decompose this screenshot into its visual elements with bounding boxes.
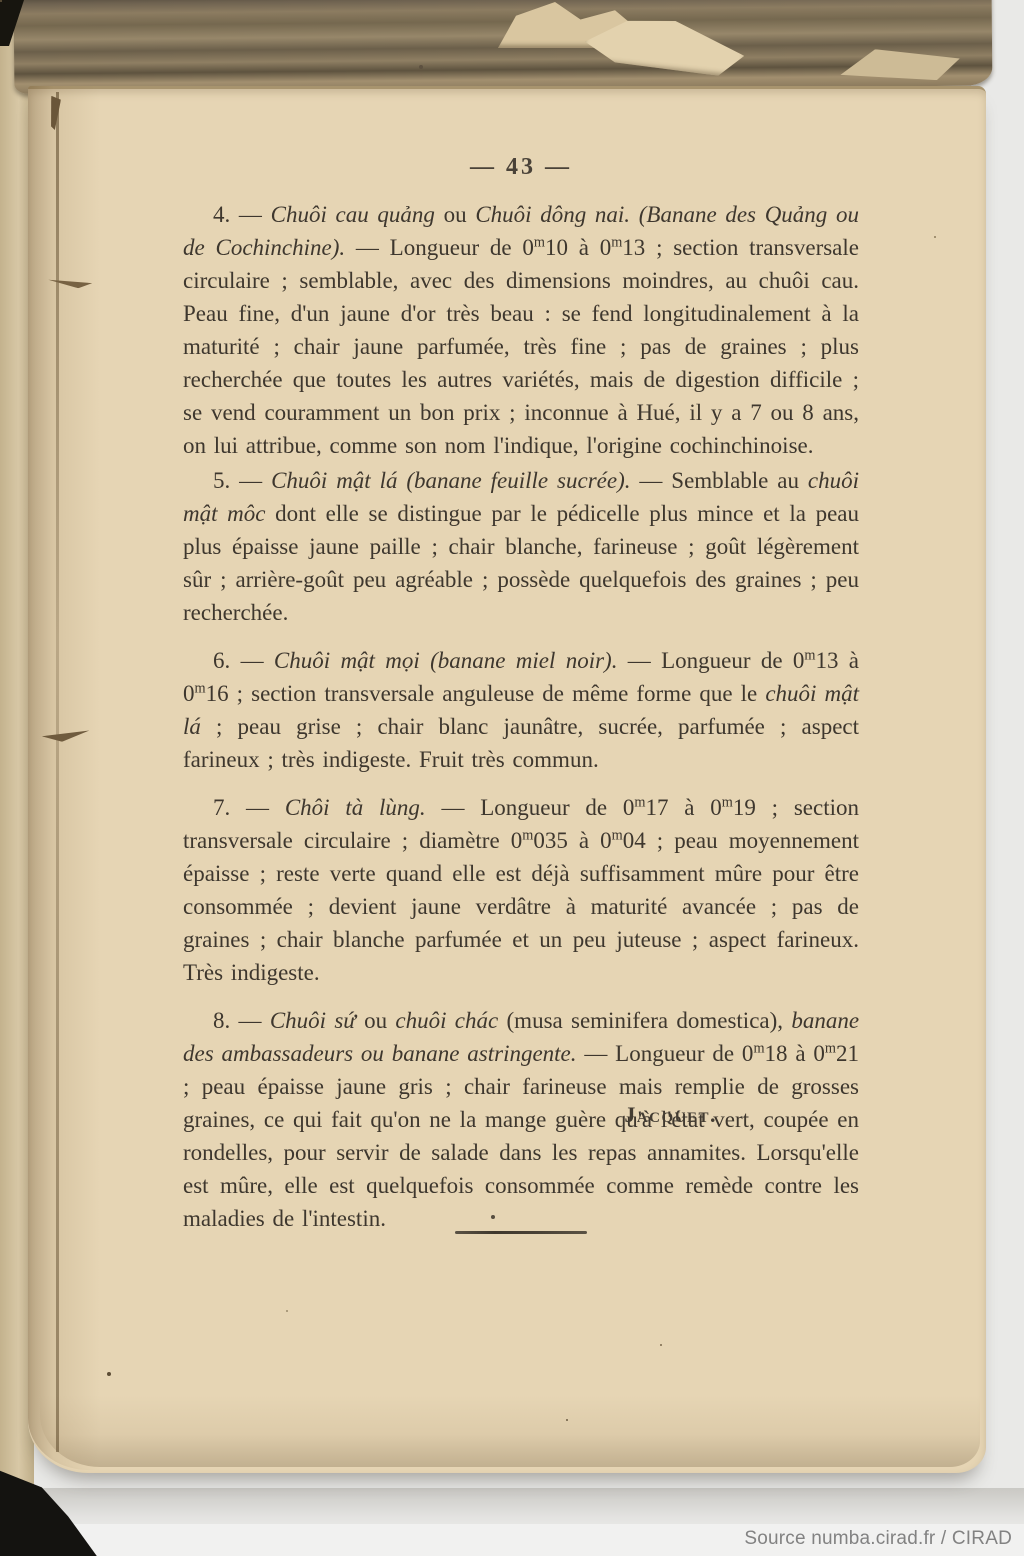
body-text: — Longueur de 0 (617, 648, 804, 673)
body-text: 17 à 0 (646, 795, 722, 820)
body-text: — Longueur de 0 (345, 235, 534, 260)
body-text: dont elle se distingue par le pédicelle … (183, 501, 859, 625)
unit-superscript: m (634, 794, 645, 810)
unit-superscript: m (612, 827, 623, 843)
unit-superscript: m (722, 794, 733, 810)
text-block: 4. — Chuôi cau quảng ou Chuôi dông nai. … (183, 198, 859, 1235)
unit-superscript: m (825, 1040, 836, 1056)
body-text: (musa seminifera domestica), (498, 1008, 791, 1033)
section-end-rule (455, 1231, 587, 1234)
variety-name: Chuôi cau quảng (271, 202, 435, 227)
body-text: — Longueur de 0 (426, 795, 635, 820)
author-signature: Jacquet. (183, 1102, 859, 1128)
paragraph: 4. — Chuôi cau quảng ou Chuôi dông nai. … (183, 198, 859, 462)
body-text: 035 à 0 (533, 828, 611, 853)
unit-superscript: m (753, 1040, 764, 1056)
paragraph: 6. — Chuôi mật mọi (banane miel noir). —… (183, 644, 859, 776)
body-text: 5. — (213, 468, 271, 493)
variety-name: chuôi chác (395, 1008, 498, 1033)
body-text: — Longueur de 0 (577, 1041, 754, 1066)
body-text: ; peau grise ; chair blanc jaunâtre, suc… (183, 714, 859, 772)
body-text: — Semblable au (630, 468, 807, 493)
body-text: 6. — (213, 648, 274, 673)
body-text: 21 ; peau épaisse jaune gris ; chair far… (183, 1041, 859, 1231)
paper-specks (0, 0, 2, 2)
scanned-book-page-viewer: — 43 — 4. — Chuôi cau quảng ou Chuôi dôn… (0, 0, 1024, 1556)
body-text: ou (356, 1008, 396, 1033)
unit-superscript: m (611, 234, 622, 250)
unit-superscript: m (804, 647, 815, 663)
variety-name: Chôi tà lùng. (285, 795, 426, 820)
body-text: 16 ; section transversale anguleuse de m… (206, 681, 766, 706)
body-text: ou (435, 202, 475, 227)
body-text: 7. — (213, 795, 285, 820)
variety-name: Chuôi mật mọi (banane miel noir). (274, 648, 618, 673)
body-text: 4. — (213, 202, 271, 227)
variety-name: Chuôi sứ (270, 1008, 356, 1033)
paragraph: 5. — Chuôi mật lá (banane feuille sucrée… (183, 464, 859, 629)
section-end-dot (491, 1215, 495, 1219)
source-attribution: Source numba.cirad.fr / CIRAD (744, 1528, 1012, 1550)
page-number: — 43 — (183, 154, 859, 181)
unit-superscript: m (195, 680, 206, 696)
unit-superscript: m (522, 827, 533, 843)
body-text: 13 ; section transversale circulaire ; s… (183, 235, 859, 458)
variety-name: Chuôi mật lá (banane feuille sucrée). (271, 468, 630, 493)
body-text: 18 à 0 (765, 1041, 825, 1066)
author-signature-text: Jacquet. (624, 1102, 717, 1128)
body-text: 8. — (213, 1008, 270, 1033)
paragraph: 7. — Chôi tà lùng. — Longueur de 0m17 à … (183, 791, 859, 989)
unit-superscript: m (534, 234, 545, 250)
binding-crease (56, 92, 59, 1452)
body-text: 10 à 0 (545, 235, 611, 260)
